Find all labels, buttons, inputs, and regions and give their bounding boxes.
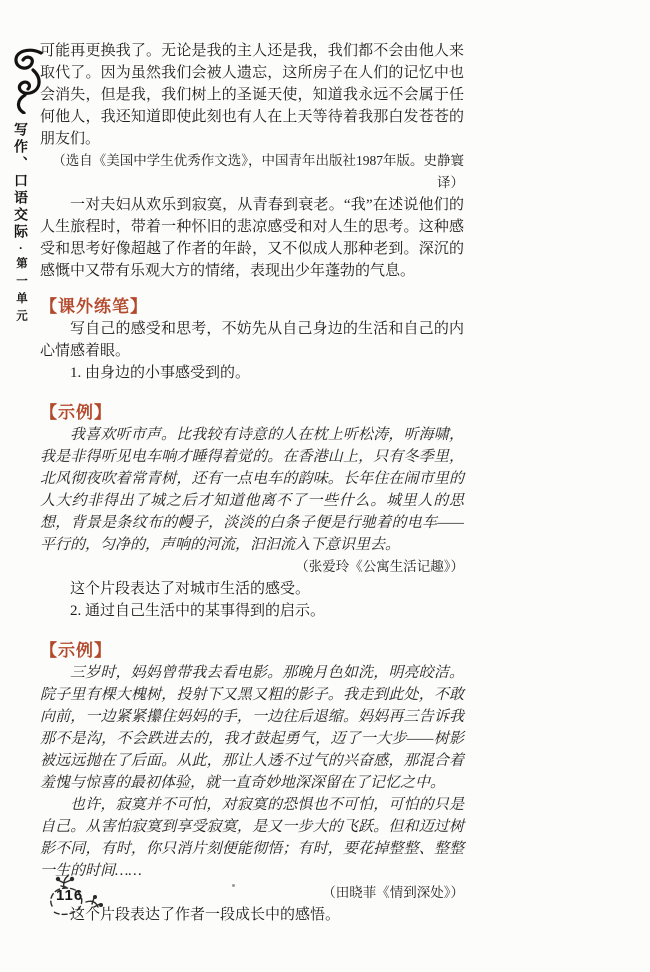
page-content: 可能再更换我了。无论是我的主人还是我，我们都不会由他人来取代了。因为虽然我们会被… [40, 40, 464, 926]
page-flower-ornament-icon [34, 874, 118, 934]
section-header-kewailianbi: 【课外练笔】 [40, 296, 464, 318]
example-passage-2b: 也许，寂寞并不可怕，对寂寞的恐惧也不可怕，可怕的只是自己。从害怕寂寞到享受寂寞，… [40, 794, 464, 882]
sidebar-unit-label: 写作、口语交际 [13, 122, 29, 241]
example-passage-2a: 三岁时，妈妈曾带我去看电影。那晚月色如洗，明亮皎洁。院子里有棵大槐树，投射下又黑… [40, 662, 464, 794]
paragraph-commentary: 一对夫妇从欢乐到寂寞，从青春到衰老。“我”在述说他们的人生旅程时，带着一种怀旧的… [40, 194, 464, 282]
scan-speck [232, 884, 235, 887]
sidebar-separator: · [14, 241, 28, 257]
section-intro: 写自己的感受和思考，不妨先从自己身边的生活和自己的内心情感着眼。 [40, 318, 464, 362]
page-footer: 116 [34, 874, 118, 934]
example-header-1: 【示例】 [40, 402, 464, 424]
page-number: 116 [56, 887, 83, 904]
list-item-2: 2. 通过自己生活中的某事得到的启示。 [40, 600, 464, 622]
attribution-source: （选自《美国中学生优秀作文选》，中国青年出版社1987年版。史静寰译） [40, 150, 464, 194]
paragraph-continued: 可能再更换我了。无论是我的主人还是我，我们都不会由他人来取代了。因为虽然我们会被… [40, 40, 464, 150]
example-header-2: 【示例】 [40, 640, 464, 662]
sidebar-unit-tab: 写作、口语交际·第一单元 [11, 122, 31, 327]
list-item-1: 1. 由身边的小事感受到的。 [40, 362, 464, 384]
example-attribution-1: （张爱玲《公寓生活记趣》） [40, 556, 464, 578]
sidebar-unit-number: 第一单元 [15, 257, 27, 327]
example-note-1: 这个片段表达了对城市生活的感受。 [40, 578, 464, 600]
example-passage-1: 我喜欢听市声。比我较有诗意的人在枕上听松涛，听海啸，我是非得听见电车响才睡得着觉… [40, 424, 464, 556]
